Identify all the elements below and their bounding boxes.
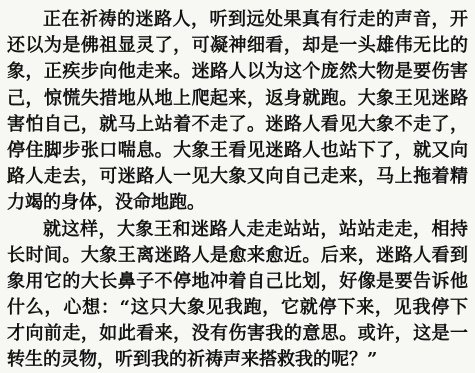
text-line: 什么，心想：“这只大象见我跑，它就停下来，见我停下来，它 [7,295,468,321]
text-line: 还以为是佛祖显灵了，可凝神细看，却是一头雄伟无比的大 [7,33,468,59]
text-line: 转生的灵物，听到我的祈祷声来搭救我的呢？” [7,347,468,373]
page-text: 正在祈祷的迷路人，听到远处果真有行走的声音，开始还以为是佛祖显灵了，可凝神细看，… [7,7,468,373]
text-line: 长时间。大象王离迷路人是愈来愈近。后来，迷路人看到大 [7,243,468,269]
text-line: 力竭的身体，没命地跑。 [7,190,468,216]
text-line: 就这样，大象王和迷路人走走站站，站站走走，相持了很 [7,217,468,243]
paragraph: 就这样，大象王和迷路人走走站站，站站走走，相持了很长时间。大象王离迷路人是愈来愈… [7,217,468,373]
paragraph: 正在祈祷的迷路人，听到远处果真有行走的声音，开始还以为是佛祖显灵了，可凝神细看，… [7,7,468,217]
text-line: 害怕自己，就马上站着不走了。迷路人看见大象不走了，就 [7,112,468,138]
text-line: 停住脚步张口喘息。大象王看见迷路人也站下了，就又向迷 [7,138,468,164]
text-line: 象用它的大长鼻子不停地冲着自己比划，好像是要告诉他些 [7,269,468,295]
document-page: 正在祈祷的迷路人，听到远处果真有行走的声音，开始还以为是佛祖显灵了，可凝神细看，… [0,0,475,373]
text-line: 己，惊慌失措地从地上爬起来，返身就跑。大象王见迷路人 [7,86,468,112]
text-line: 路人走去，可迷路人一见大象又向自己走来，马上拖着精疲 [7,164,468,190]
text-line: 才向前走，如此看来，没有伤害我的意思。或许，这是一个神 [7,321,468,347]
text-line: 正在祈祷的迷路人，听到远处果真有行走的声音，开始 [7,7,468,33]
text-line: 象，正疾步向他走来。迷路人以为这个庞然大物是要伤害自 [7,59,468,85]
